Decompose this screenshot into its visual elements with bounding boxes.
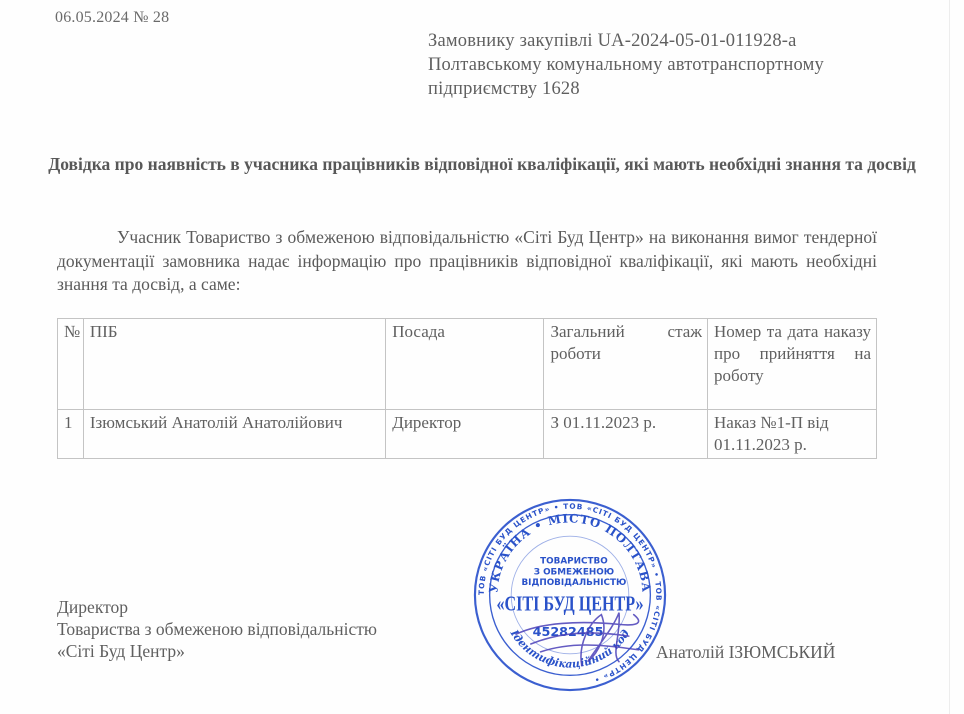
- signatory-company: Товариства з обмеженою відповідальністю: [57, 618, 377, 640]
- svg-text:ТОВАРИСТВО: ТОВАРИСТВО: [540, 557, 608, 567]
- header-experience: Загальний стаж роботи: [544, 319, 708, 410]
- addressee-block: Замовнику закупівлі UA-2024-05-01-011928…: [428, 29, 824, 101]
- cell-experience: З 01.11.2023 р.: [544, 410, 708, 459]
- addressee-line: Замовнику закупівлі UA-2024-05-01-011928…: [428, 29, 824, 53]
- page-edge-line: [949, 0, 950, 714]
- signatory-company-name: «Сіті Буд Центр»: [57, 640, 377, 662]
- signatory-block: Директор Товариства з обмеженою відповід…: [57, 596, 377, 662]
- addressee-line: підприємству 1628: [428, 77, 824, 101]
- cell-name: Ізюмський Анатолій Анатолійович: [83, 410, 385, 459]
- header-name: ПІБ: [83, 319, 385, 410]
- cell-order: Наказ №1-П від 01.11.2023 р.: [708, 410, 877, 459]
- signatory-title: Директор: [57, 596, 377, 618]
- header-position: Посада: [386, 319, 544, 410]
- table-header-row: № ПІБ Посада Загальний стаж роботи Номер…: [58, 319, 877, 410]
- addressee-line: Полтавському комунальному автотранспортн…: [428, 53, 824, 77]
- header-number: №: [58, 319, 84, 410]
- document-page: 06.05.2024 № 28 Замовнику закупівлі UA-2…: [0, 0, 964, 714]
- cell-position: Директор: [386, 410, 544, 459]
- company-stamp-icon: ТОВ «СІТІ БУД ЦЕНТР» • ТОВ «СІТІ БУД ЦЕН…: [472, 497, 668, 693]
- svg-text:«СІТІ БУД ЦЕНТР»: «СІТІ БУД ЦЕНТР»: [497, 594, 644, 616]
- cell-number: 1: [58, 410, 84, 459]
- document-title: Довідка про наявність в учасника працівн…: [48, 152, 916, 176]
- staff-table: № ПІБ Посада Загальний стаж роботи Номер…: [57, 318, 877, 459]
- table-row: 1 Ізюмський Анатолій Анатолійович Директ…: [58, 410, 877, 459]
- document-reference: 06.05.2024 № 28: [55, 9, 169, 27]
- intro-paragraph: Учасник Товариство з обмеженою відповіда…: [57, 226, 877, 297]
- svg-text:З ОБМЕЖЕНОЮ: З ОБМЕЖЕНОЮ: [534, 567, 614, 577]
- signatory-name: Анатолій ІЗЮМСЬКИЙ: [656, 642, 835, 663]
- svg-text:ВІДПОВІДАЛЬНІСТЮ: ВІДПОВІДАЛЬНІСТЮ: [521, 578, 626, 588]
- header-order: Номер та дата наказу про прийняття на ро…: [708, 319, 877, 410]
